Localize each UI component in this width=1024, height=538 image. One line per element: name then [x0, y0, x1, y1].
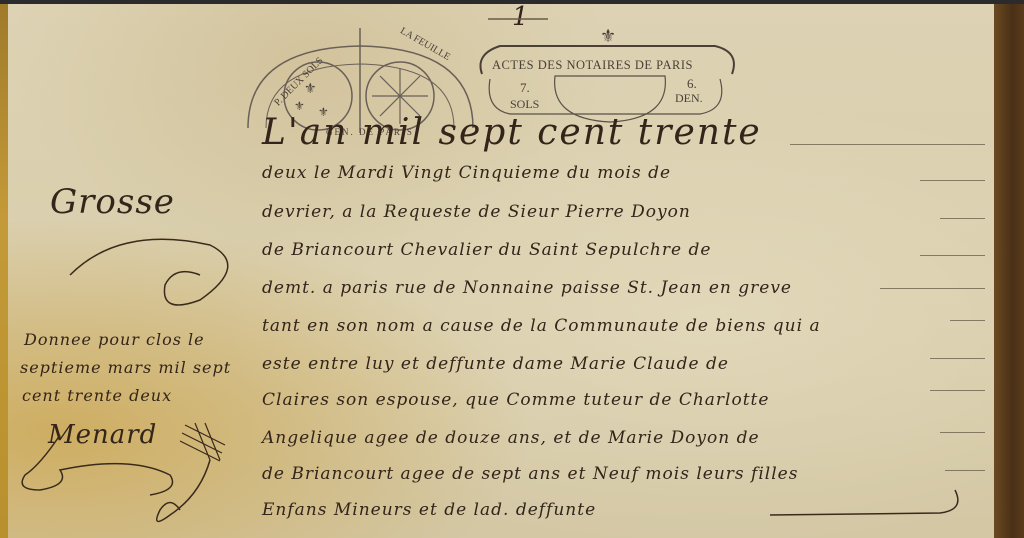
body-line-7: este entre luy et deffunte dame Marie Cl…	[262, 354, 729, 374]
svg-text:SOLS: SOLS	[510, 97, 539, 111]
fleur-de-lis-icon: ⚜	[304, 82, 317, 97]
body-line-10: de Briancourt agee de sept ans et Neuf m…	[262, 464, 798, 484]
svg-text:⚜: ⚜	[294, 99, 305, 113]
line-rule	[920, 180, 985, 181]
svg-text:DEN.: DEN.	[675, 91, 703, 105]
body-line-11: Enfans Mineurs et de lad. deffunte	[262, 500, 596, 520]
body-line-8: Claires son espouse, que Comme tuteur de…	[262, 390, 769, 410]
line-rule	[880, 288, 985, 289]
body-line-4: de Briancourt Chevalier du Saint Sepulch…	[262, 240, 711, 260]
body-line-6: tant en son nom a cause de la Communaute…	[262, 316, 821, 336]
wood-background	[994, 4, 1024, 538]
margin-note-line: Donnee pour clos le	[24, 330, 205, 349]
body-line-2: deux le Mardi Vingt Cinquieme du mois de	[262, 163, 671, 183]
crown-icon: ⚜	[600, 26, 616, 46]
line-rule	[930, 358, 985, 359]
line-rule	[950, 320, 985, 321]
svg-text:7.: 7.	[520, 80, 530, 95]
svg-text:6.: 6.	[687, 76, 697, 91]
line-rule	[945, 470, 985, 471]
margin-note-line: septieme mars mil sept	[20, 358, 231, 377]
svg-text:ACTES DES NOTAIRES DE PARIS: ACTES DES NOTAIRES DE PARIS	[492, 58, 693, 72]
body-line-1: L'an mil sept cent trente	[262, 112, 762, 153]
line-rule	[940, 218, 985, 219]
signature-paraph	[10, 415, 240, 535]
body-line-5: demt. a paris rue de Nonnaine paisse St.…	[262, 278, 792, 298]
margin-flourish	[60, 205, 240, 315]
body-line-9: Angelique agee de douze ans, et de Marie…	[262, 428, 760, 448]
line-rule	[940, 432, 985, 433]
line-rule	[930, 390, 985, 391]
body-line-3: devrier, a la Requeste de Sieur Pierre D…	[262, 202, 691, 222]
closing-flourish-line	[770, 485, 970, 525]
line-rule	[920, 255, 985, 256]
margin-note-line: cent trente deux	[22, 386, 172, 405]
line-rule	[790, 144, 985, 145]
page-left-edge	[0, 4, 8, 538]
